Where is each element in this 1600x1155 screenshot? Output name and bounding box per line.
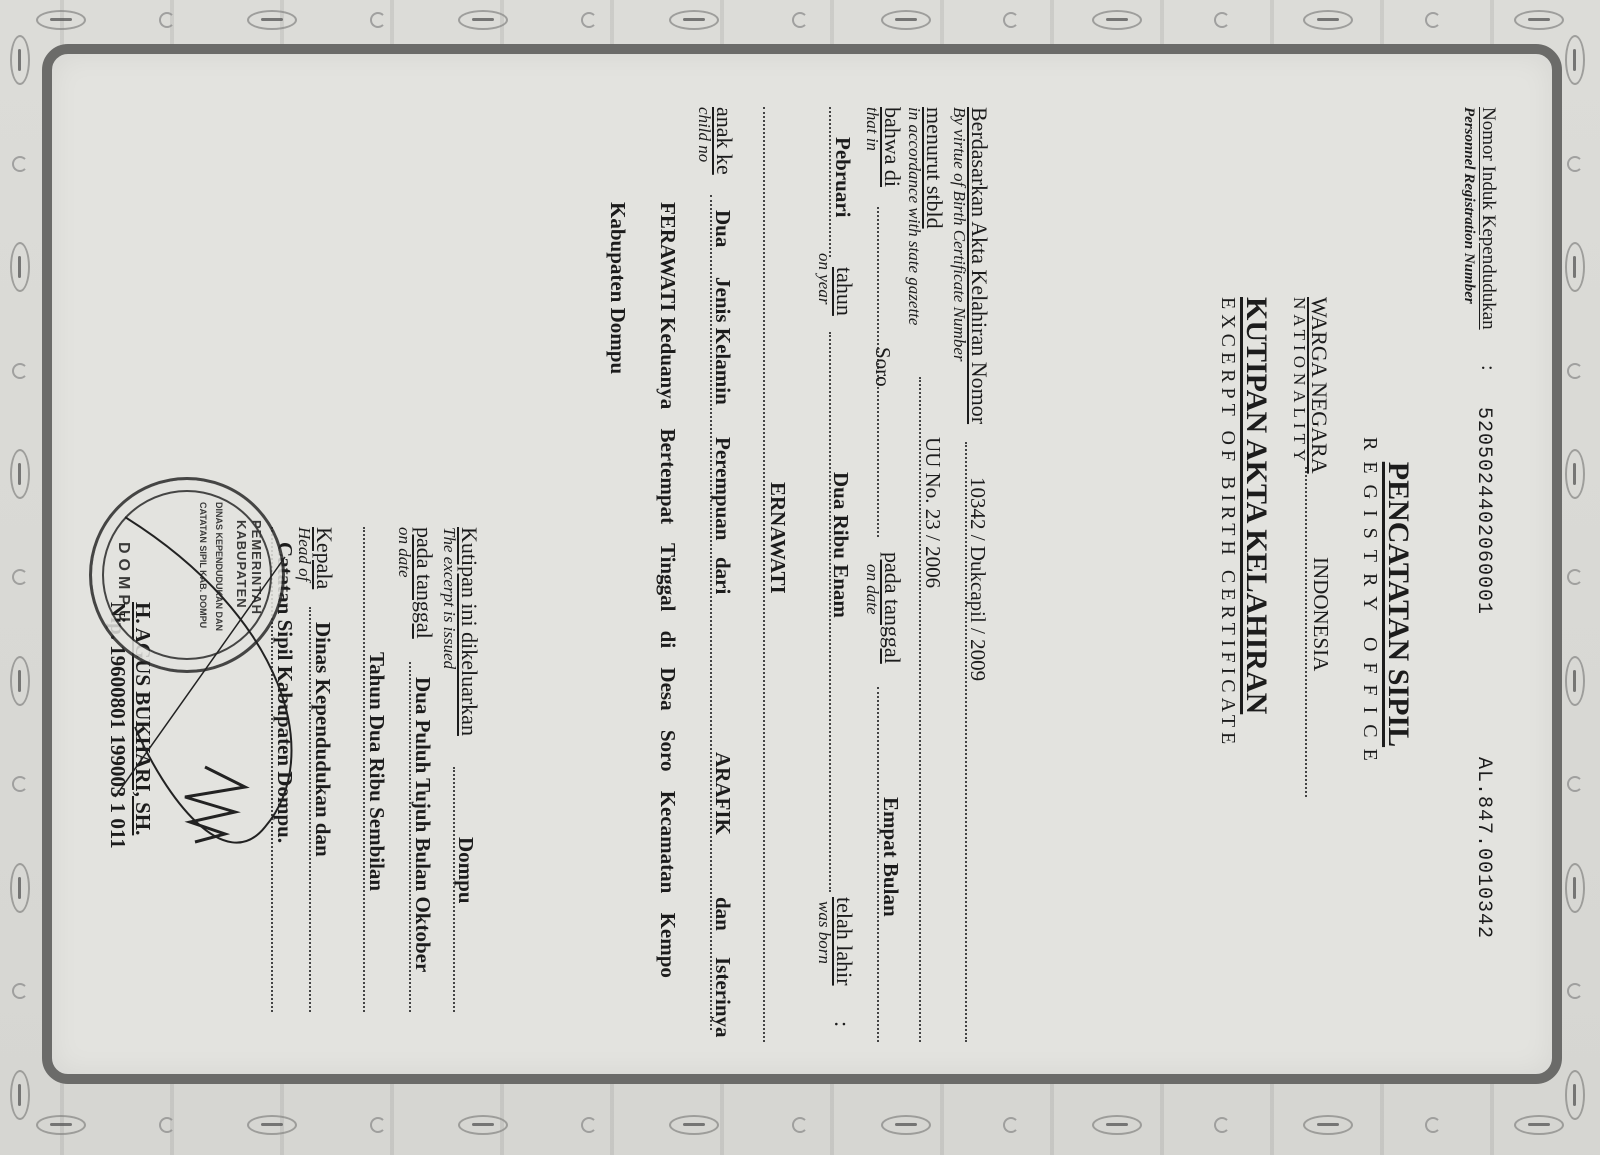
signature-scribble [95, 497, 325, 917]
birth-year-label-en: on year [816, 253, 832, 316]
mother-name: FERAWATI [655, 202, 680, 311]
child-order-label-block: anak ke child no [696, 107, 735, 175]
from-label: dari [710, 557, 735, 594]
nationality-value: INDONESIA [1308, 557, 1333, 671]
and-label: dan [710, 897, 735, 931]
issued-date-label: pada tanggal [412, 527, 437, 639]
birth-year-value: Dua Ribu Enam [828, 472, 853, 618]
serial-number: AL.847.0010342 [1472, 757, 1495, 939]
birth-month-value: Pebruari [830, 137, 855, 217]
nationality-label-en: NATIONALITY [1291, 297, 1307, 474]
nationality-dots [1305, 467, 1307, 797]
issued-label: Kutipan ini dikeluarkan [457, 527, 482, 736]
issued-place: Dompu [453, 837, 478, 904]
nik-separator: : [1476, 365, 1499, 371]
birth-date-label: pada tanggal [880, 552, 905, 664]
birth-cert-number-label-en: By virtue of Birth Certificate Number [951, 107, 967, 424]
birth-date-label-block: pada tanggal on date [864, 552, 903, 664]
birth-place-label-en: that in [864, 107, 880, 187]
birth-date-value: Empat Bulan [878, 797, 903, 917]
birth-cert-number-label-block: Berdasarkan Akta Kelahiran Nomor By virt… [951, 107, 990, 424]
birth-cert-number-label: Berdasarkan Akta Kelahiran Nomor [967, 107, 992, 424]
born-separator: : [829, 1021, 855, 1027]
issued-date-label-block: pada tanggal on date [396, 527, 435, 639]
office-title-block: PENCATATAN SIPIL REGISTRY OFFICE [1358, 437, 1415, 772]
issued-date-line2: Tahun Dua Ribu Sembilan [364, 652, 389, 891]
nationality-label-block: WARGA NEGARA NATIONALITY [1291, 297, 1330, 474]
certificate-title: KUTIPAN AKTA KELAHIRAN [1239, 297, 1273, 749]
birth-date-label-en: on date [864, 552, 880, 664]
nik-label-block: Nomor Induk Kependudukan Personnel Regis… [1461, 107, 1499, 330]
born-label-en: was born [816, 897, 832, 986]
child-name-value: ERNAWATI [765, 482, 790, 594]
gazette-value: UU No. 23 / 2006 [920, 437, 945, 588]
birth-place-label: bahwa di [880, 107, 905, 187]
nationality-label: WARGA NEGARA [1307, 297, 1332, 474]
wife-label: Isterinya [710, 957, 735, 1038]
child-order-value: Dua [710, 210, 735, 247]
child-order-label-en: child no [696, 107, 712, 175]
born-label: telah lahir [832, 897, 857, 986]
issued-label-en: The excerpt is issued [441, 527, 457, 736]
nik-label-en: Personnel Registration Number [1461, 107, 1477, 330]
issued-date-label-en: on date [396, 527, 412, 639]
residence-text: Keduanya Bertempat Tinggal di Desa Soro … [655, 317, 680, 978]
father-name: ARAFIK [710, 752, 735, 835]
nik-label: Nomor Induk Kependudukan [1478, 107, 1499, 330]
gender-value: Perempuan [710, 437, 735, 540]
border-ornaments-top [0, 0, 1600, 40]
birth-cert-number-value: 10342 / Dukcapil / 2009 [965, 477, 990, 681]
birth-place-value: Soro [870, 347, 895, 387]
born-label-block: telah lahir was born [816, 897, 855, 986]
border-ornaments-left [0, 0, 40, 1155]
issued-label-block: Kutipan ini dikeluarkan The excerpt is i… [441, 527, 480, 736]
gazette-label-block: menurut stbld in accordance with state g… [906, 107, 945, 325]
nik-value: 5205024402060001 [1472, 407, 1495, 615]
birth-place-label-block: bahwa di that in [864, 107, 903, 187]
office-title: PENCATATAN SIPIL [1381, 437, 1415, 772]
birth-year-label-block: tahun on year [816, 267, 855, 316]
office-title-en: REGISTRY OFFICE [1358, 437, 1381, 772]
regency-line: Kabupaten Dompu [605, 202, 630, 374]
gazette-label-en: in accordance with state gazette [906, 107, 922, 325]
birth-month-dots [829, 107, 831, 257]
birth-year-label: tahun [832, 267, 857, 316]
border-ornaments-bottom [0, 1095, 1600, 1155]
birth-certificate: AL.847.0010342 Nomor Induk Kependudukan … [65, 77, 1535, 1077]
gazette-label: menurut stbld [922, 107, 947, 229]
gender-label: Jenis Kelamin [710, 277, 735, 405]
issued-date-line1: Dua Puluh Tujuh Bulan Oktober [410, 677, 435, 972]
certificate-title-en: EXCERPT OF BIRTH CERTIFICATE [1216, 297, 1239, 749]
child-order-label: anak ke [712, 107, 737, 175]
certificate-title-block: KUTIPAN AKTA KELAHIRAN EXCERPT OF BIRTH … [1216, 297, 1273, 749]
